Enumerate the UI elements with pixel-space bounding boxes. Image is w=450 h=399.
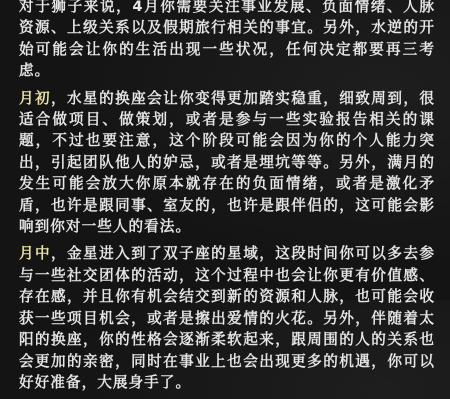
early-month-label: 月初 xyxy=(19,90,51,107)
paragraph-text: ，水星的换座会让你变得更加踏实稳重，细致周到，很适合做项目、做策划，或者是参与一… xyxy=(19,90,435,235)
paragraph-text: 对于狮子来说，4月你需要关注事业发展、负面情绪、人脉资源、上级关系以及假期旅行相… xyxy=(19,0,435,79)
mid-month-paragraph: 月中，金星进入到了双子座的星域，这段时间你可以多去参与一些社交团体的活动，这个过… xyxy=(19,243,435,300)
horoscope-article: 对于狮子来说，4月你需要关注事业发展、负面情绪、人脉资源、上级关系以及假期旅行相… xyxy=(19,0,435,300)
intro-paragraph: 对于狮子来说，4月你需要关注事业发展、负面情绪、人脉资源、上级关系以及假期旅行相… xyxy=(19,0,435,82)
early-month-paragraph: 月初，水星的换座会让你变得更加踏实稳重，细致周到，很适合做项目、做策划，或者是参… xyxy=(19,88,435,238)
paragraph-text: ，金星进入到了双子座的星域，这段时间你可以多去参与一些社交团体的活动，这个过程中… xyxy=(19,245,435,300)
mid-month-label: 月中 xyxy=(19,245,51,262)
